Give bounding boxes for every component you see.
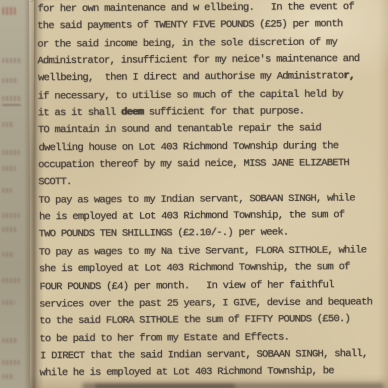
typed-line: FOUR POUNDS (£4) per month. In view of h… <box>39 276 388 296</box>
margin-mark <box>2 122 14 127</box>
margin-mark <box>2 278 20 283</box>
margin-mark <box>2 58 22 63</box>
margin-mark <box>2 300 15 305</box>
margin-mark <box>2 7 16 15</box>
typed-line: wellbeing, then I direct and authorise m… <box>38 68 387 88</box>
margin-mark <box>2 104 21 106</box>
typed-line: he is employed at Lot 403 Richmond Towns… <box>39 207 388 227</box>
margin-mark <box>2 150 20 155</box>
typed-line: SCOTT. <box>38 172 387 192</box>
typed-lines: for her own maintenance and w ellbeing. … <box>37 0 388 383</box>
typed-text-block: for her own maintenance and w ellbeing. … <box>37 0 388 383</box>
margin-mark <box>2 338 18 343</box>
margin-mark <box>2 227 17 232</box>
typed-line: for her own maintenance and w ellbeing. … <box>38 0 387 19</box>
typed-line: occupation thereof by my said neice, MIS… <box>38 155 387 175</box>
margin-mark <box>2 96 21 101</box>
typed-line: while he is employed at Lot 403 Richmond… <box>40 363 388 383</box>
typed-line: to the said FLORA SITHOLE the sum of FIF… <box>39 311 388 331</box>
margin-mark <box>2 188 12 193</box>
typed-line: if necessary, to utilise so much of the … <box>38 86 387 106</box>
binding-strip <box>0 0 30 388</box>
typed-line: dwelling house on Lot 403 Richmond Towns… <box>38 138 387 158</box>
typed-line: I DIRECT that the said Indian servant, S… <box>40 346 388 366</box>
typed-line: TWO POUNDS TEN SHILLINGS (£2.10/-.) per … <box>39 224 388 244</box>
bottom-partial-line-smudge <box>95 384 235 388</box>
margin-mark <box>2 213 20 218</box>
margin-mark <box>2 374 14 379</box>
margin-mark <box>2 78 18 83</box>
typed-line: TO pay as wages to my Na tive Servant, F… <box>39 242 388 262</box>
typed-line: services over the past 25 years, I GIVE,… <box>39 294 388 314</box>
typed-line: the said payments of TWENTY FIVE POUNDS … <box>37 16 386 36</box>
margin-mark <box>2 252 14 257</box>
document-photo: y Estate and for her own maintenance and… <box>0 0 388 388</box>
margin-mark <box>2 166 16 171</box>
typed-line: or the said income being, in the sole di… <box>37 34 386 54</box>
margin-mark <box>2 360 20 365</box>
